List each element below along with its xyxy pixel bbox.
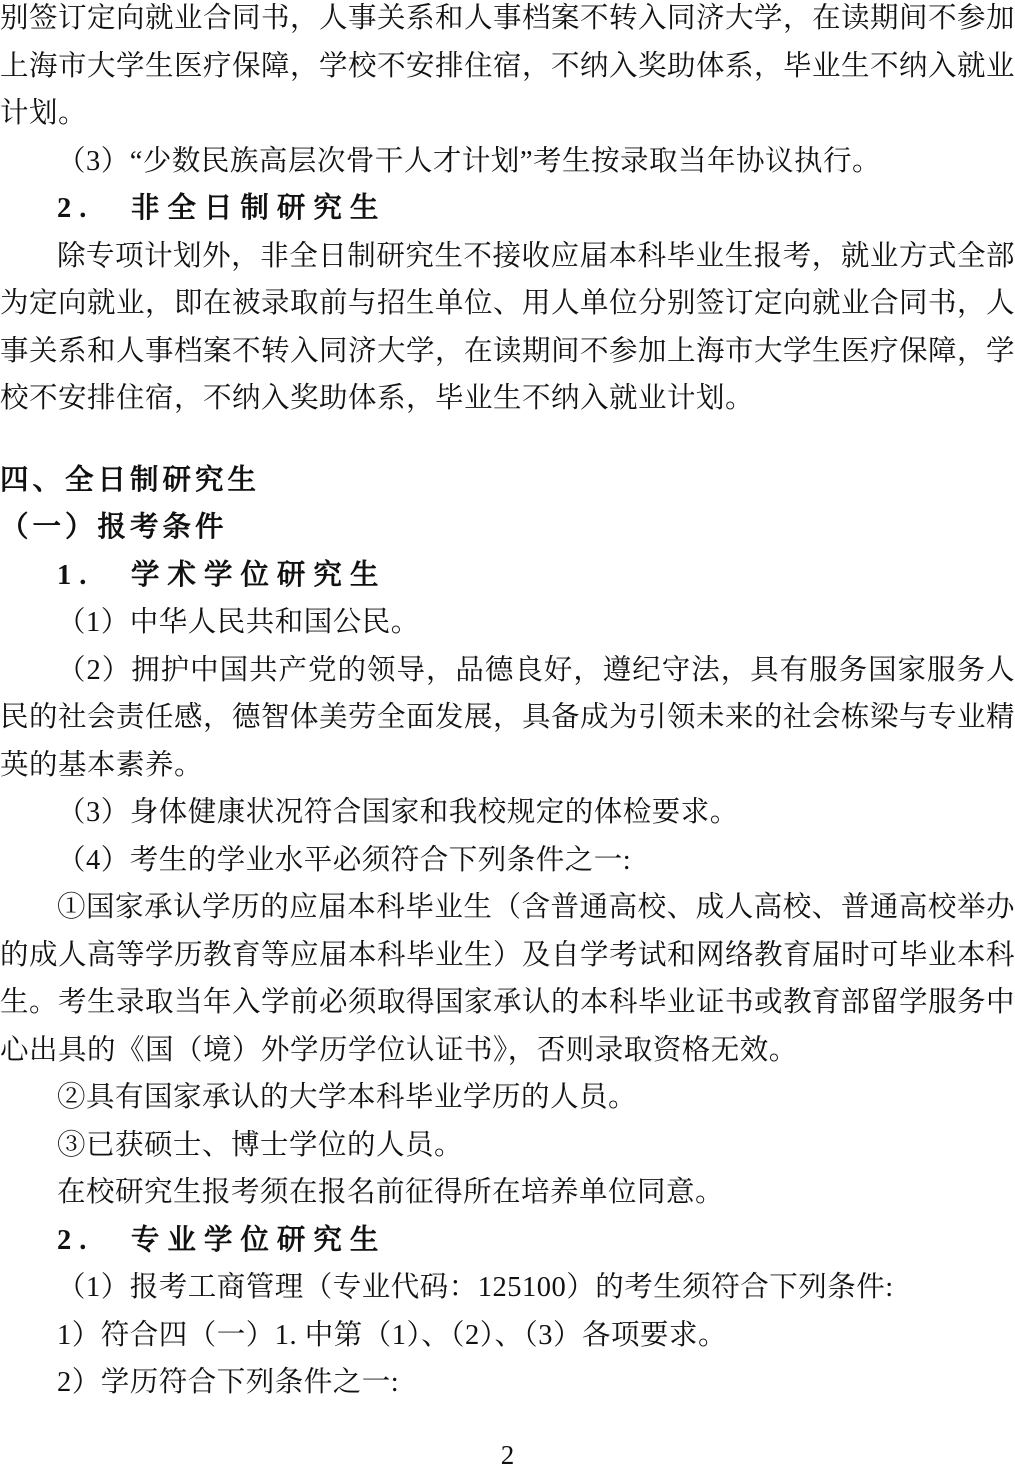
heading-numbered: 2. 非全日制研究生 [0,185,1015,233]
text-line: 民的社会责任感，德智体美劳全面发展，具备成为引领未来的社会栋梁与专业精 [0,694,1015,742]
text-line: 别签订定向就业合同书，人事关系和人事档案不转入同济大学，在读期间不参加 [0,0,1015,43]
heading-major: （一）报考条件 [0,504,1015,552]
text-line: 心出具的《国（境）外学历学位认证书》，否则录取资格无效。 [0,1027,1015,1075]
heading-major: 四、全日制研究生 [0,457,1015,505]
text-line: 1）符合四（一）1. 中第（1）、（2）、（3）各项要求。 [0,1312,1015,1360]
text-line: 计划。 [0,90,1015,138]
text-line: 的成人高等学历教育等应届本科毕业生）及自学考试和网络教育届时可毕业本科 [0,932,1015,980]
text-line: ②具有国家承认的大学本科毕业学历的人员。 [0,1074,1015,1122]
text-line: （3）“少数民族高层次骨干人才计划”考生按录取当年协议执行。 [0,138,1015,186]
text-line: 英的基本素养。 [0,742,1015,790]
text-line: ①国家承认学历的应届本科毕业生（含普通高校、成人高校、普通高校举办 [0,884,1015,932]
text-line: （3）身体健康状况符合国家和我校规定的体检要求。 [0,789,1015,837]
text-line: ③已获硕士、博士学位的人员。 [0,1122,1015,1170]
text-line: 2）学历符合下列条件之一: [0,1359,1015,1407]
document-body: 别签订定向就业合同书，人事关系和人事档案不转入同济大学，在读期间不参加 上海市大… [0,0,1015,1407]
page-number: 2 [0,1440,1015,1469]
text-line: （4）考生的学业水平必须符合下列条件之一: [0,837,1015,885]
text-line: 事关系和人事档案不转入同济大学，在读期间不参加上海市大学生医疗保障，学 [0,328,1015,376]
text-line: 校不安排住宿，不纳入奖助体系，毕业生不纳入就业计划。 [0,375,1015,423]
text-line: 在校研究生报考须在报名前征得所在培养单位同意。 [0,1169,1015,1217]
text-line: 上海市大学生医疗保障，学校不安排住宿，不纳入奖助体系，毕业生不纳入就业 [0,43,1015,91]
text-line: 为定向就业，即在被录取前与招生单位、用人单位分别签订定向就业合同书，人 [0,280,1015,328]
text-line: 生。考生录取当年入学前必须取得国家承认的本科毕业证书或教育部留学服务中 [0,979,1015,1027]
text-line: （1）中华人民共和国公民。 [0,599,1015,647]
text-line: （2）拥护中国共产党的领导，品德良好，遵纪守法，具有服务国家服务人 [0,647,1015,695]
text-line: 除专项计划外，非全日制研究生不接收应届本科毕业生报考，就业方式全部 [0,233,1015,281]
text-line: （1）报考工商管理（专业代码：125100）的考生须符合下列条件: [0,1264,1015,1312]
heading-numbered: 2. 专业学位研究生 [0,1217,1015,1265]
heading-numbered: 1. 学术学位研究生 [0,552,1015,600]
